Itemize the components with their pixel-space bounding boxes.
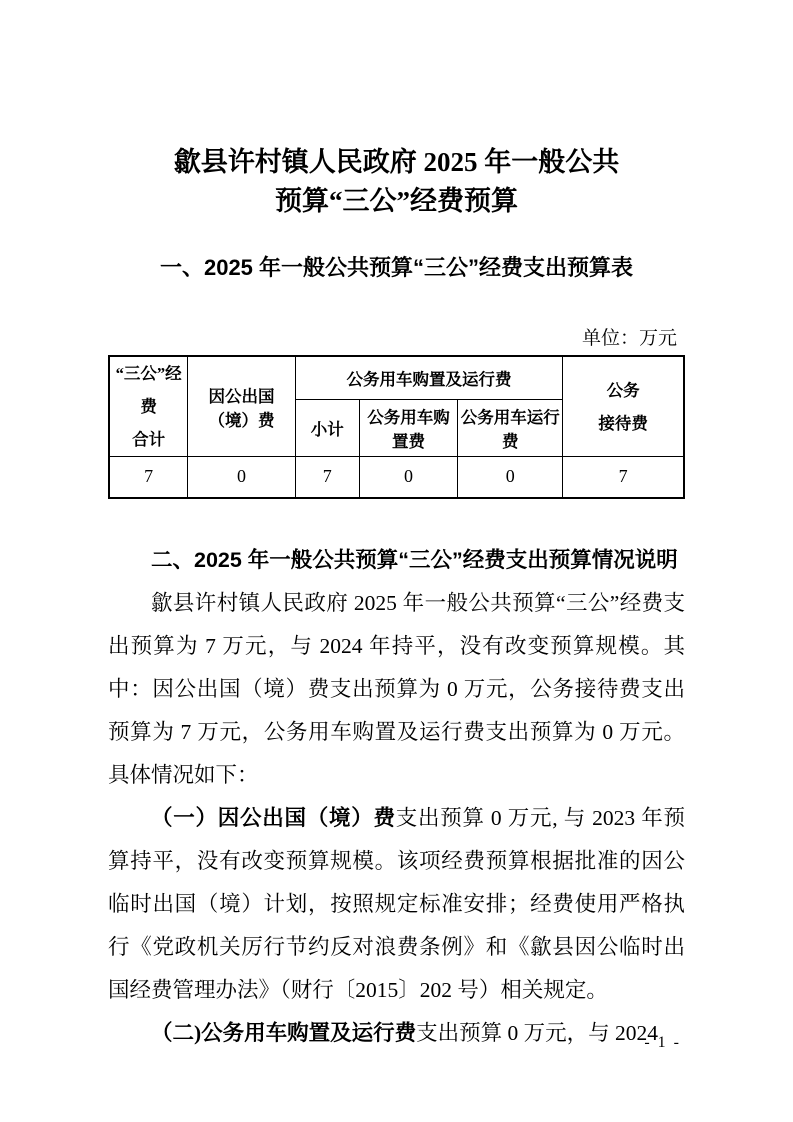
document-title-line2: 预算“三公”经费预算 <box>108 182 685 221</box>
paragraph-overview-text: 歙县许村镇人民政府 2025 年一般公共预算“三公”经费支出预算为 7 万元，与… <box>108 591 685 787</box>
value-reception: 7 <box>563 457 684 498</box>
table-header-row-1: “三公”经费 合计 因公出国（境）费 公务用车购置及运行费 公务 接待费 <box>109 356 684 400</box>
col-header-total-line1: “三公”经费 <box>112 357 185 423</box>
paragraph-abroad-lead: （一）因公出国（境）费 <box>151 806 396 830</box>
table-data-row: 7 0 7 0 0 7 <box>109 457 684 498</box>
value-vehicle-subtotal: 7 <box>295 457 359 498</box>
paragraph-abroad-text: 支出预算 0 万元, 与 2023 年预算持平，没有改变预算规模。该项经费预算根… <box>108 806 685 1002</box>
col-header-vehicle-operation: 公务用车运行费 <box>458 400 563 457</box>
paragraph-vehicle-lead: （二)公务用车购置及运行费 <box>151 1021 416 1045</box>
col-header-total-line2: 合计 <box>112 423 185 456</box>
paragraph-overview: 歙县许村镇人民政府 2025 年一般公共预算“三公”经费支出预算为 7 万元，与… <box>108 582 685 797</box>
paragraph-abroad-expense: （一）因公出国（境）费支出预算 0 万元, 与 2023 年预算持平，没有改变预… <box>108 797 685 1012</box>
value-abroad: 0 <box>188 457 296 498</box>
col-header-vehicle-group: 公务用车购置及运行费 <box>295 356 562 400</box>
section2-heading: 二、2025 年一般公共预算“三公”经费支出预算情况说明 <box>108 539 685 582</box>
col-header-total: “三公”经费 合计 <box>109 356 188 457</box>
page-number: - 1 - <box>644 1034 681 1052</box>
value-vehicle-operation: 0 <box>458 457 563 498</box>
table-unit-label: 单位：万元 <box>108 327 685 351</box>
value-vehicle-purchase: 0 <box>359 457 458 498</box>
document-title: 歙县许村镇人民政府 2025 年一般公共 预算“三公”经费预算 <box>108 143 685 221</box>
section1-heading: 一、2025 年一般公共预算“三公”经费支出预算表 <box>108 254 685 282</box>
col-header-vehicle-subtotal: 小计 <box>295 400 359 457</box>
document-title-line1: 歙县许村镇人民政府 2025 年一般公共 <box>108 143 685 182</box>
paragraph-vehicle-expense: （二)公务用车购置及运行费支出预算 0 万元，与 2024 <box>108 1012 685 1055</box>
budget-table: “三公”经费 合计 因公出国（境）费 公务用车购置及运行费 公务 接待费 小计 … <box>108 355 685 499</box>
col-header-vehicle-purchase: 公务用车购置费 <box>359 400 458 457</box>
paragraph-vehicle-text: 支出预算 0 万元，与 2024 <box>416 1021 658 1045</box>
value-total: 7 <box>109 457 188 498</box>
col-header-reception-line2: 接待费 <box>565 407 681 440</box>
col-header-reception: 公务 接待费 <box>563 356 684 457</box>
col-header-abroad: 因公出国（境）费 <box>188 356 296 457</box>
document-content: 歙县许村镇人民政府 2025 年一般公共 预算“三公”经费预算 一、2025 年… <box>0 0 793 1055</box>
col-header-reception-line1: 公务 <box>565 374 681 407</box>
document-page: 歙县许村镇人民政府 2025 年一般公共 预算“三公”经费预算 一、2025 年… <box>0 0 793 1122</box>
